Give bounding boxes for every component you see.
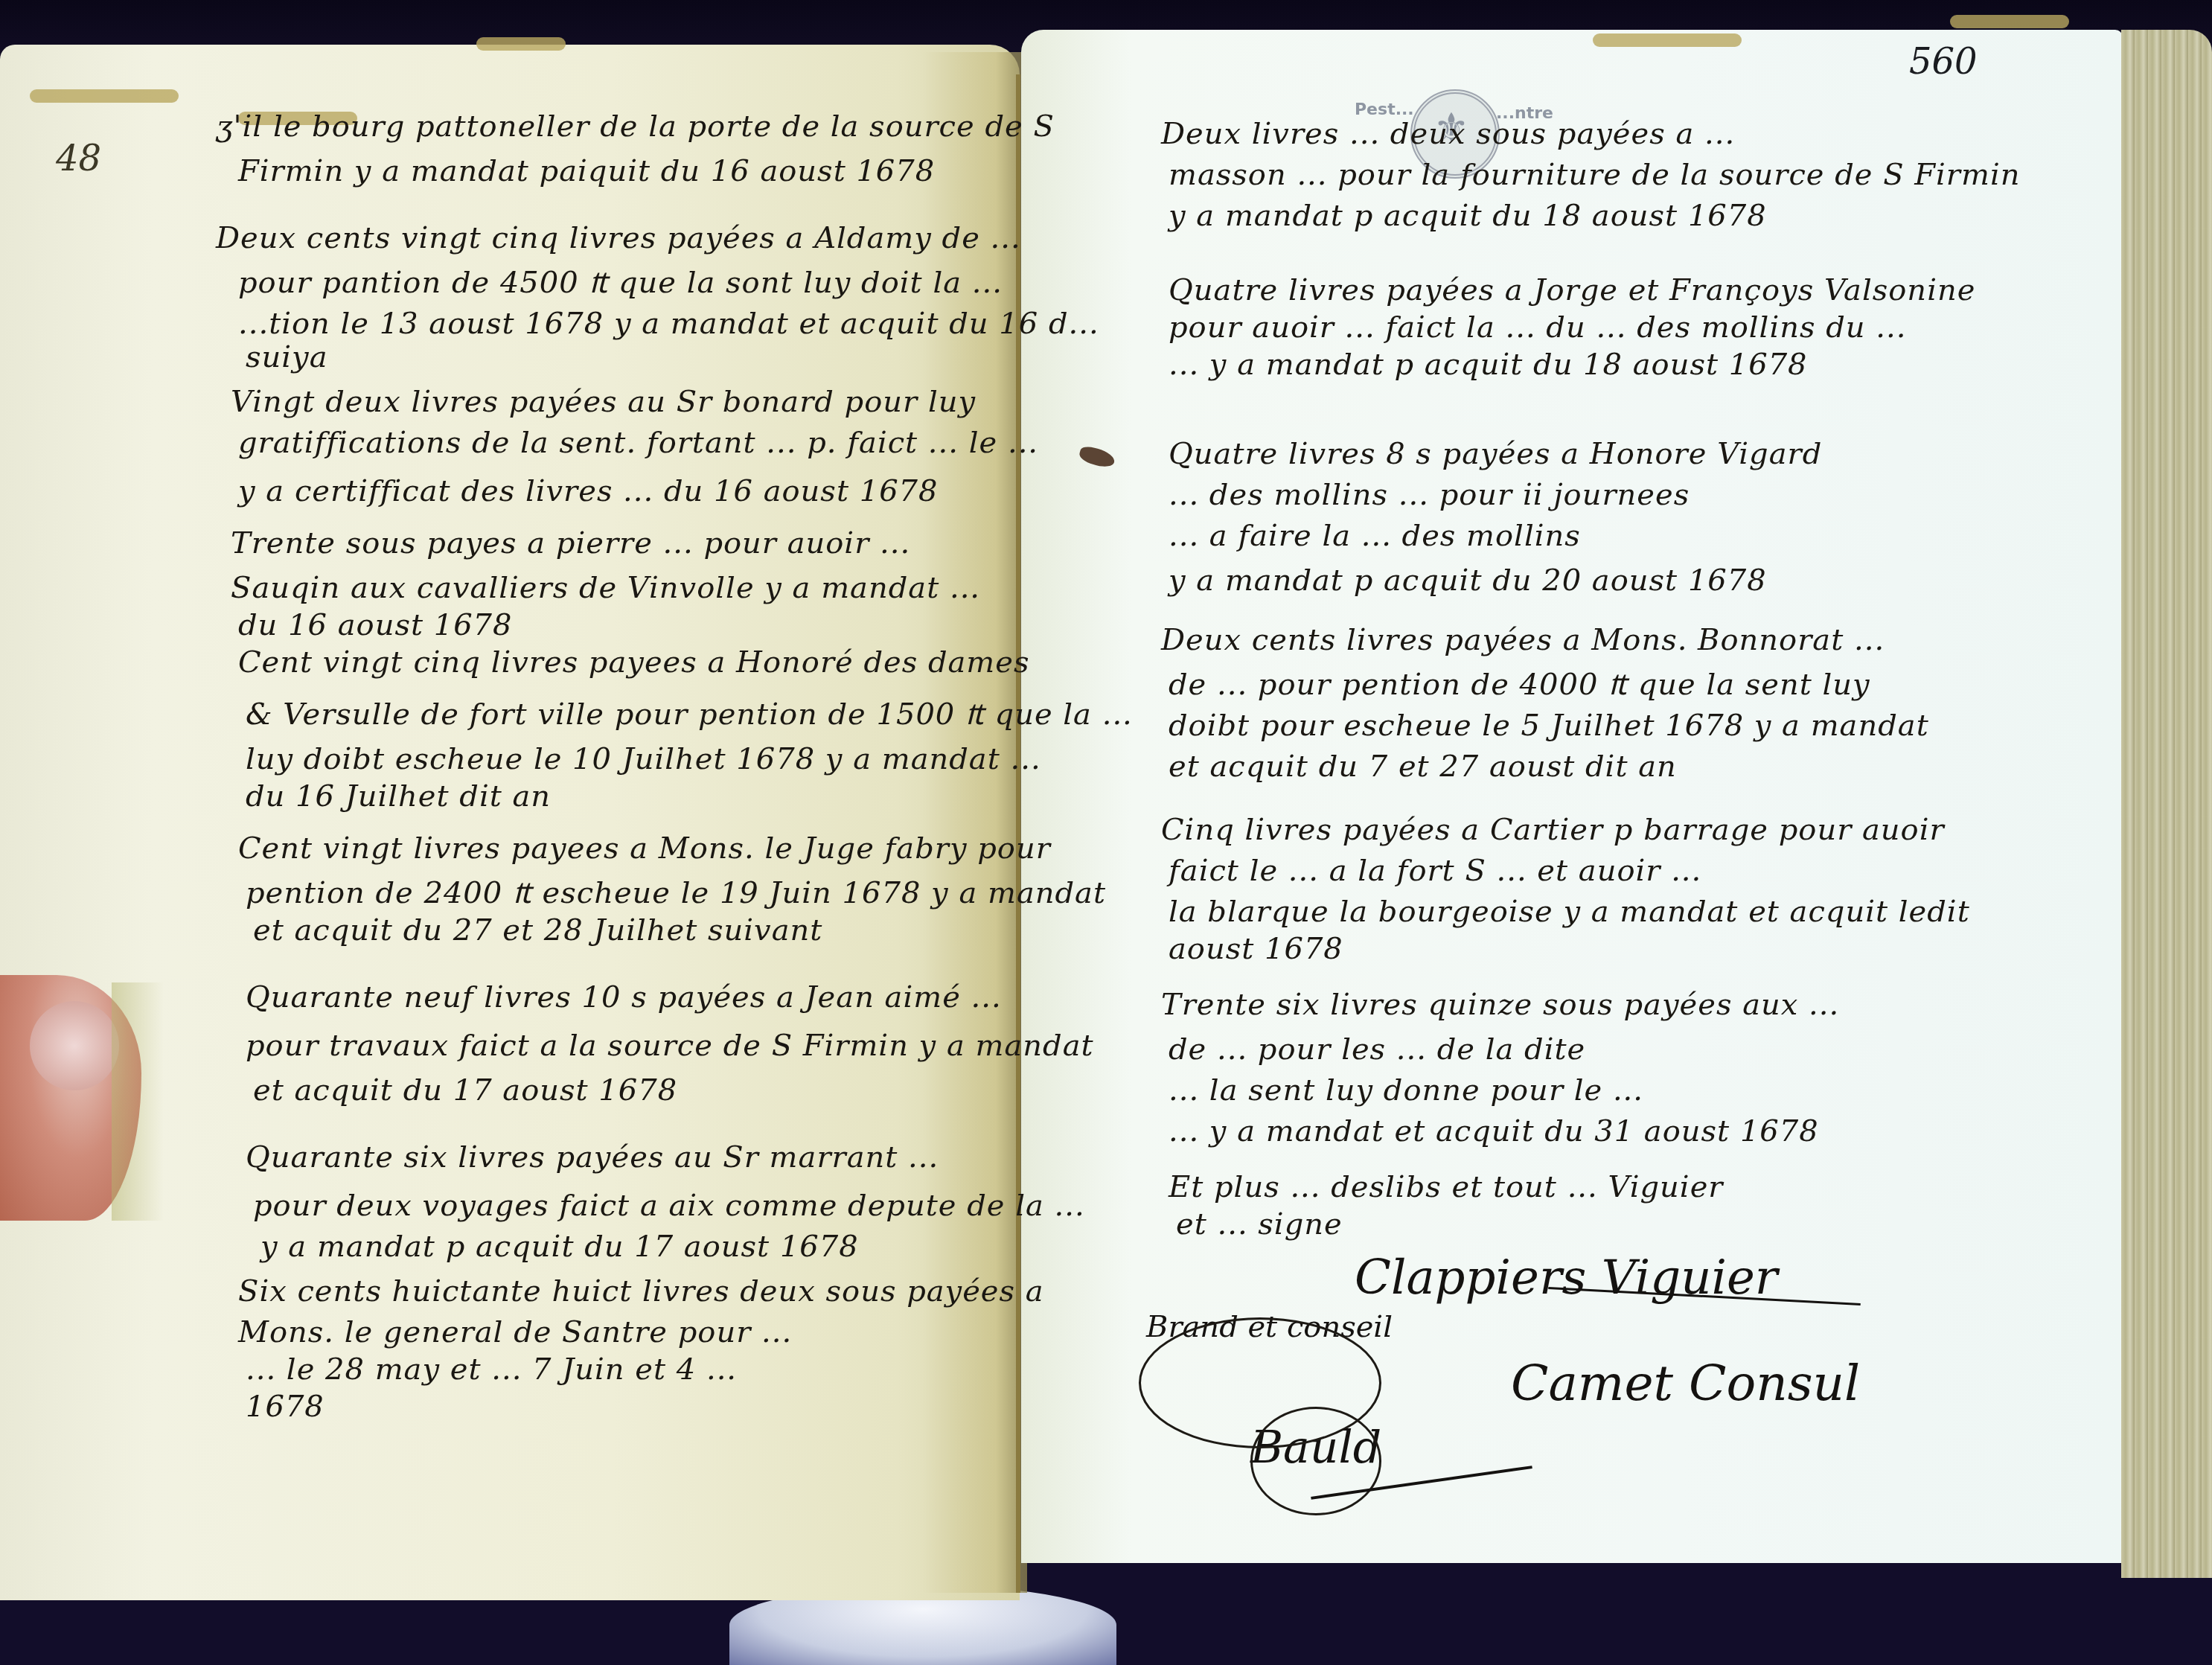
manuscript-line: Et plus ... deslibs et tout ... Viguier	[1169, 1172, 1723, 1202]
manuscript-line: ... la sent luy donne pour le ...	[1169, 1076, 1643, 1105]
stain	[1950, 15, 2069, 28]
margin-mark: 48	[56, 138, 101, 179]
manuscript-line: Deux cents livres payées a Mons. Bonnora…	[1161, 625, 1885, 655]
manuscript-line: y a certifficat des livres ... du 16 aou…	[238, 476, 938, 506]
manuscript-line: Quarante neuf livres 10 s payées a Jean …	[246, 982, 1002, 1012]
manuscript-line: Deux livres ... deux sous payées a ...	[1161, 119, 1735, 149]
manuscript-line: gratiffications de la sent. fortant ... …	[238, 428, 1038, 458]
manuscript-line: et ... signe	[1176, 1209, 1343, 1239]
manuscript-line: Mons. le general de Santre pour ...	[238, 1317, 792, 1347]
manuscript-line: du 16 Juilhet dit an	[246, 782, 551, 811]
manuscript-line: ... y a mandat p acquit du 18 aoust 1678	[1169, 350, 1808, 380]
manuscript-line: Sauqin aux cavalliers de Vinvolle y a ma…	[231, 573, 980, 603]
manuscript-line: Quatre livres 8 s payées a Honore Vigard	[1169, 439, 1822, 469]
manuscript-line: Vingt deux livres payées au Sr bonard po…	[231, 387, 976, 417]
manuscript-line: du 16 aoust 1678	[238, 610, 513, 640]
manuscript-line: pour auoir ... faict la ... du ... des m…	[1169, 313, 1906, 342]
manuscript-line: y a mandat p acquit du 17 aoust 1678	[260, 1232, 859, 1262]
stain	[1593, 33, 1742, 47]
manuscript-line: ... le 28 may et ... 7 Juin et 4 ...	[246, 1355, 737, 1384]
manuscript-line: Firmin y a mandat paiquit du 16 aoust 16…	[238, 156, 935, 186]
manuscript-line: pour travaux faict a la source de S Firm…	[246, 1031, 1094, 1061]
manuscript-line: y a mandat p acquit du 18 aoust 1678	[1169, 201, 1767, 231]
manuscript-line: aoust 1678	[1169, 934, 1343, 964]
manuscript-line: luy doibt escheue le 10 Juilhet 1678 y a…	[246, 744, 1041, 774]
manuscript-line: suiya	[246, 342, 328, 372]
manuscript-line: doibt pour escheue le 5 Juilhet 1678 y a…	[1169, 711, 1929, 741]
manuscript-line: pour pantion de 4500 ₶ que la sont luy d…	[238, 268, 1003, 298]
manuscript-line: Quarante six livres payées au Sr marrant…	[246, 1143, 939, 1172]
manuscript-line: et acquit du 7 et 27 aoust dit an	[1169, 752, 1677, 782]
manuscript-line: de ... pour les ... de la dite	[1169, 1035, 1585, 1064]
manuscript-line: Deux cents vingt cinq livres payées a Al…	[216, 223, 1021, 253]
signature-flourish	[1250, 1407, 1381, 1515]
manuscript-line: Cent vingt cinq livres payees a Honoré d…	[238, 648, 1030, 677]
stain	[476, 37, 566, 51]
manuscript-line: masson ... pour la fourniture de la sour…	[1169, 160, 2020, 190]
manuscript-line: Trente sous payes a pierre ... pour auoi…	[231, 528, 910, 558]
thumb-nail	[30, 1001, 119, 1090]
manuscript-line: et acquit du 27 et 28 Juilhet suivant	[253, 915, 822, 945]
signature-consul: Camet Consul	[1511, 1355, 1860, 1412]
manuscript-line: Cent vingt livres payees a Mons. le Juge…	[238, 834, 1051, 863]
thumb-shadow	[112, 982, 164, 1221]
manuscript-line: ... a faire la ... des mollins	[1169, 521, 1581, 551]
page-number: 560	[1909, 41, 1978, 83]
manuscript-line: pour deux voyages faict a aix comme depu…	[253, 1191, 1085, 1221]
manuscript-line: ... y a mandat et acquit du 31 aoust 167…	[1169, 1116, 1819, 1146]
manuscript-line: pention de 2400 ₶ escheue le 19 Juin 167…	[246, 878, 1106, 908]
manuscript-line: y a mandat p acquit du 20 aoust 1678	[1169, 566, 1767, 595]
manuscript-line: Quatre livres payées a Jorge et Françoys…	[1169, 275, 1975, 305]
manuscript-line: faict le ... a la fort S ... et auoir ..…	[1169, 856, 1701, 886]
manuscript-line: Six cents huictante huict livres deux so…	[238, 1276, 1044, 1306]
manuscript-line: Cinq livres payées a Cartier p barrage p…	[1161, 815, 1945, 845]
manuscript-line: ...tion le 13 aoust 1678 y a mandat et a…	[238, 309, 1099, 339]
manuscript-line: ʒ'il le bourg pattoneller de la porte de…	[216, 112, 1055, 141]
manuscript-line: la blarque la bourgeoise y a mandat et a…	[1169, 897, 1970, 927]
right-fore-edge	[2121, 30, 2212, 1578]
manuscript-line: et acquit du 17 aoust 1678	[253, 1076, 677, 1105]
manuscript-line: Trente six livres quinze sous payées aux…	[1161, 990, 1839, 1020]
manuscript-line: ... des mollins ... pour ii journees	[1169, 480, 1690, 510]
manuscript-line: 1678	[246, 1392, 325, 1422]
stain	[30, 89, 179, 103]
manuscript-line: de ... pour pention de 4000 ₶ que la sen…	[1169, 670, 1870, 700]
manuscript-line: & Versulle de fort ville pour pention de…	[246, 700, 1133, 729]
